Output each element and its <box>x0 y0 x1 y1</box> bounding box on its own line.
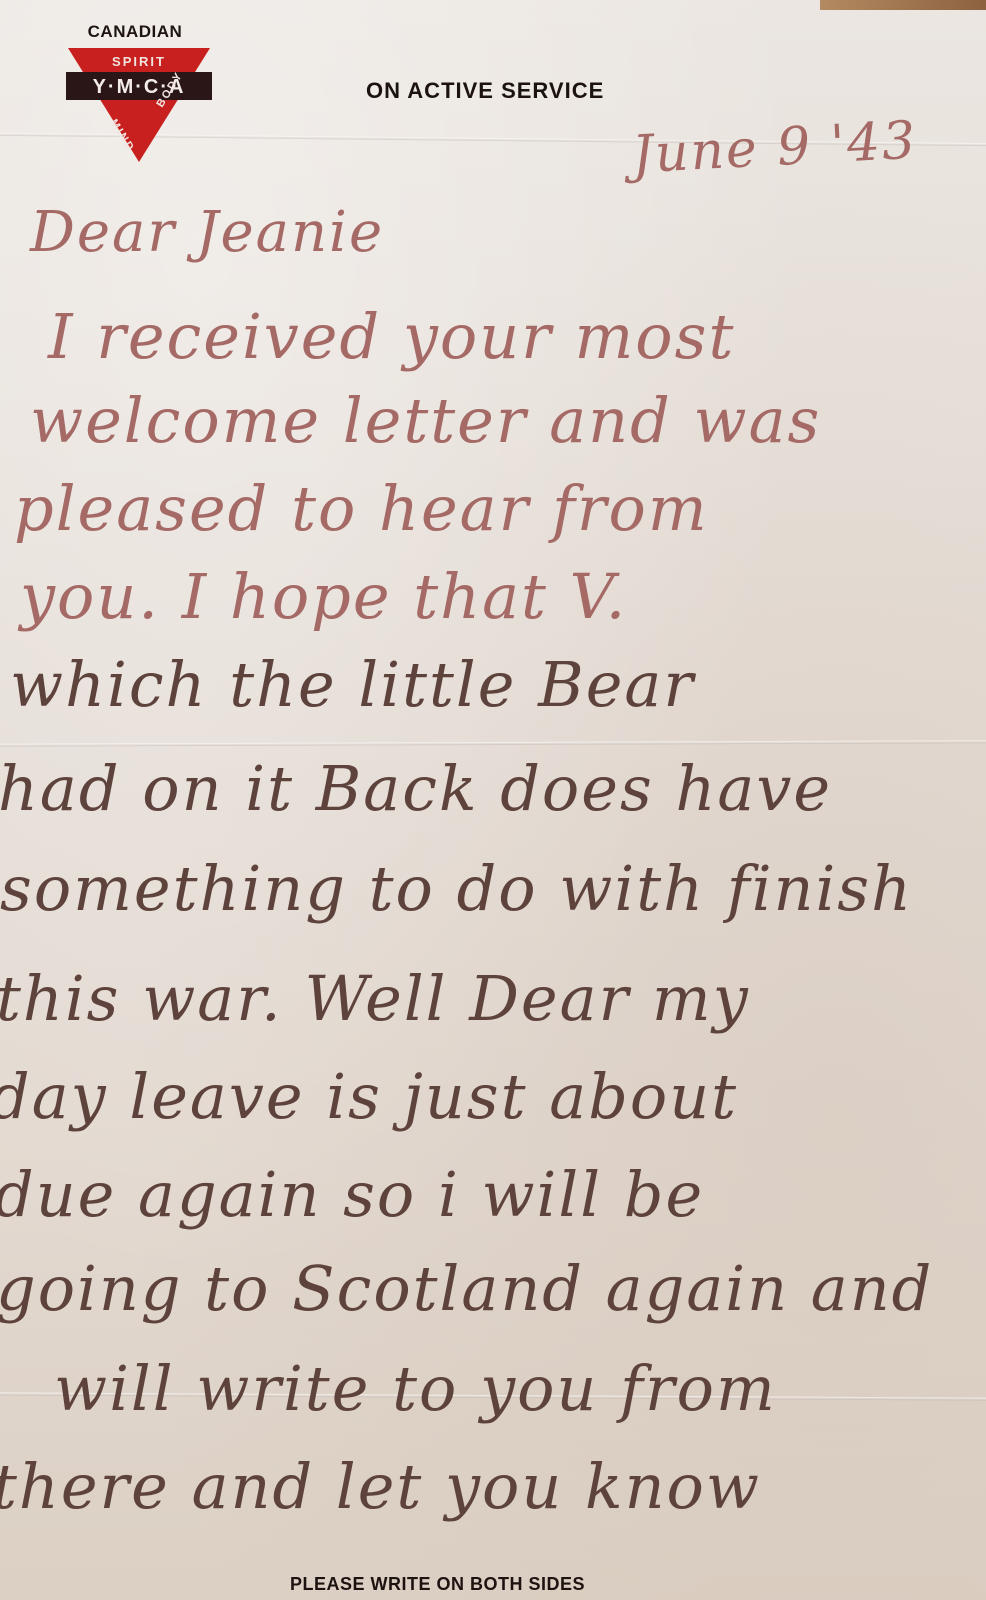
footer-note: PLEASE WRITE ON BOTH SIDES <box>290 1574 585 1595</box>
letter-line: day leave is just about <box>0 1060 738 1133</box>
letter-line: had on it Back does have <box>0 752 832 825</box>
letter-salutation: Dear Jeanie <box>30 200 384 265</box>
letter-line: will write to you from <box>54 1352 777 1425</box>
letter-line: I received your most <box>48 300 735 373</box>
letter-page: CANADIAN SPIRIT Y·M·C·A MIND BODY ON ACT… <box>0 0 986 1600</box>
letter-line: you. I hope that V. <box>20 560 627 633</box>
ymca-logo: CANADIAN SPIRIT Y·M·C·A MIND BODY <box>66 22 216 164</box>
letter-line: this war. Well Dear my <box>0 962 750 1035</box>
letter-line: which the little Bear <box>10 648 695 721</box>
letter-line: welcome letter and was <box>30 384 821 457</box>
letter-line: going to Scotland again and <box>0 1252 933 1325</box>
svg-text:SPIRIT: SPIRIT <box>112 54 166 69</box>
letter-line: due again so i will be <box>0 1158 704 1231</box>
letterhead-title: ON ACTIVE SERVICE <box>366 78 604 104</box>
letter-line: there and let you know <box>0 1450 761 1523</box>
paper-crease <box>0 740 986 746</box>
letter-line: pleased to hear from <box>14 472 709 545</box>
ymca-triangle-icon: SPIRIT Y·M·C·A MIND BODY <box>66 44 212 164</box>
letter-line: something to do with finish <box>0 852 913 925</box>
table-background <box>820 0 986 10</box>
letter-date: June 9 '43 <box>631 111 919 186</box>
logo-country-label: CANADIAN <box>60 22 210 42</box>
